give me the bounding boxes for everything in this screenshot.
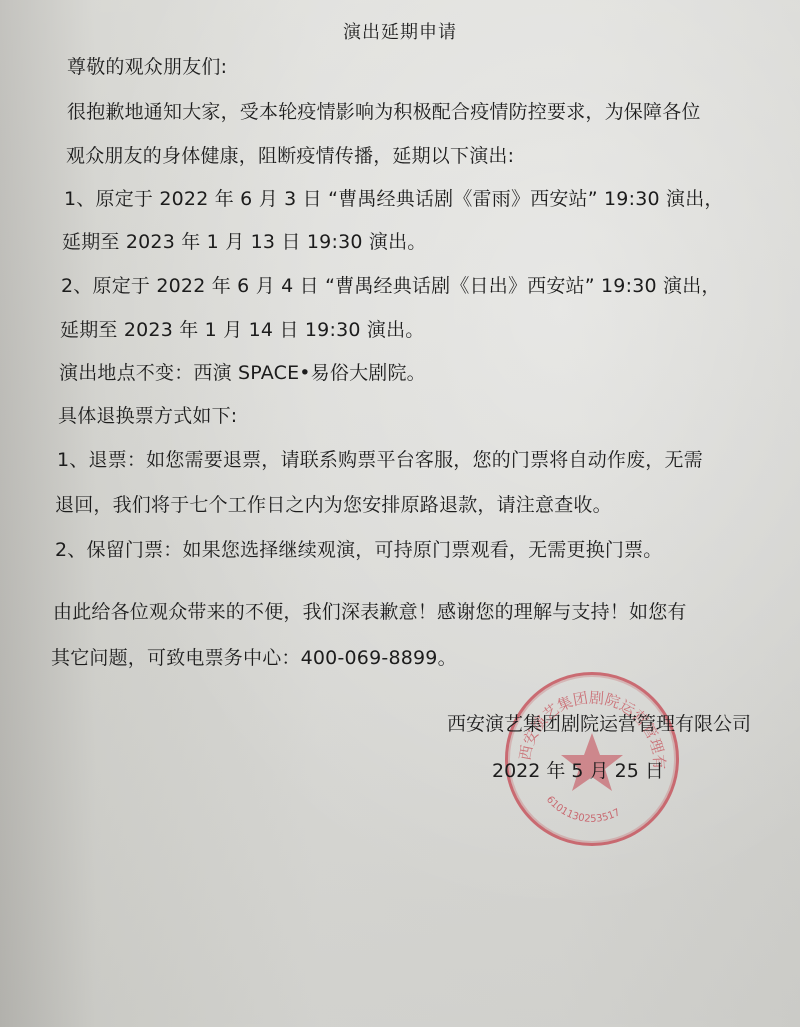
show-2-postponed: 延期至 2023 年 1 月 14 日 19:30 演出。 <box>60 315 425 342</box>
refund-heading: 具体退换票方式如下: <box>58 401 237 428</box>
closing-line-2: 其它问题，可致电票务中心：400-069-8899。 <box>51 643 457 670</box>
refund-item-2: 2、保留门票：如果您选择继续观演，可持原门票观看，无需更换门票。 <box>55 535 663 562</box>
company-signature: 西安演艺集团剧院运营管理有限公司 <box>447 709 751 736</box>
document-page: 演出延期申请 尊敬的观众朋友们: 很抱歉地通知大家，受本轮疫情影响为积极配合疫情… <box>0 0 800 1027</box>
intro-line-2: 观众朋友的身体健康，阻断疫情传播，延期以下演出: <box>66 141 514 168</box>
refund-item-1-line-1: 1、退票：如您需要退票，请联系购票平台客服，您的门票将自动作废，无需 <box>57 445 703 472</box>
show-1-postponed: 延期至 2023 年 1 月 13 日 19:30 演出。 <box>62 227 427 254</box>
show-1-original: 1、原定于 2022 年 6 月 3 日 “曹禺经典话剧《雷雨》西安站” 19:… <box>64 184 724 211</box>
document-title: 演出延期申请 <box>0 18 800 44</box>
svg-text:6101130253517: 6101130253517 <box>544 794 622 825</box>
salutation: 尊敬的观众朋友们: <box>67 52 227 79</box>
closing-line-1: 由此给各位观众带来的不便，我们深表歉意！感谢您的理解与支持！如您有 <box>53 597 687 624</box>
intro-line-1: 很抱歉地通知大家，受本轮疫情影响为积极配合疫情防控要求，为保障各位 <box>67 97 701 124</box>
refund-item-1-line-2: 退回，我们将于七个工作日之内为您安排原路退款，请注意查收。 <box>55 490 612 517</box>
show-2-original: 2、原定于 2022 年 6 月 4 日 “曹禺经典话剧《日出》西安站” 19:… <box>61 271 721 298</box>
venue-note: 演出地点不变：西演 SPACE•易俗大剧院。 <box>59 358 426 385</box>
signature-date: 2022 年 5 月 25 日 <box>492 756 664 783</box>
